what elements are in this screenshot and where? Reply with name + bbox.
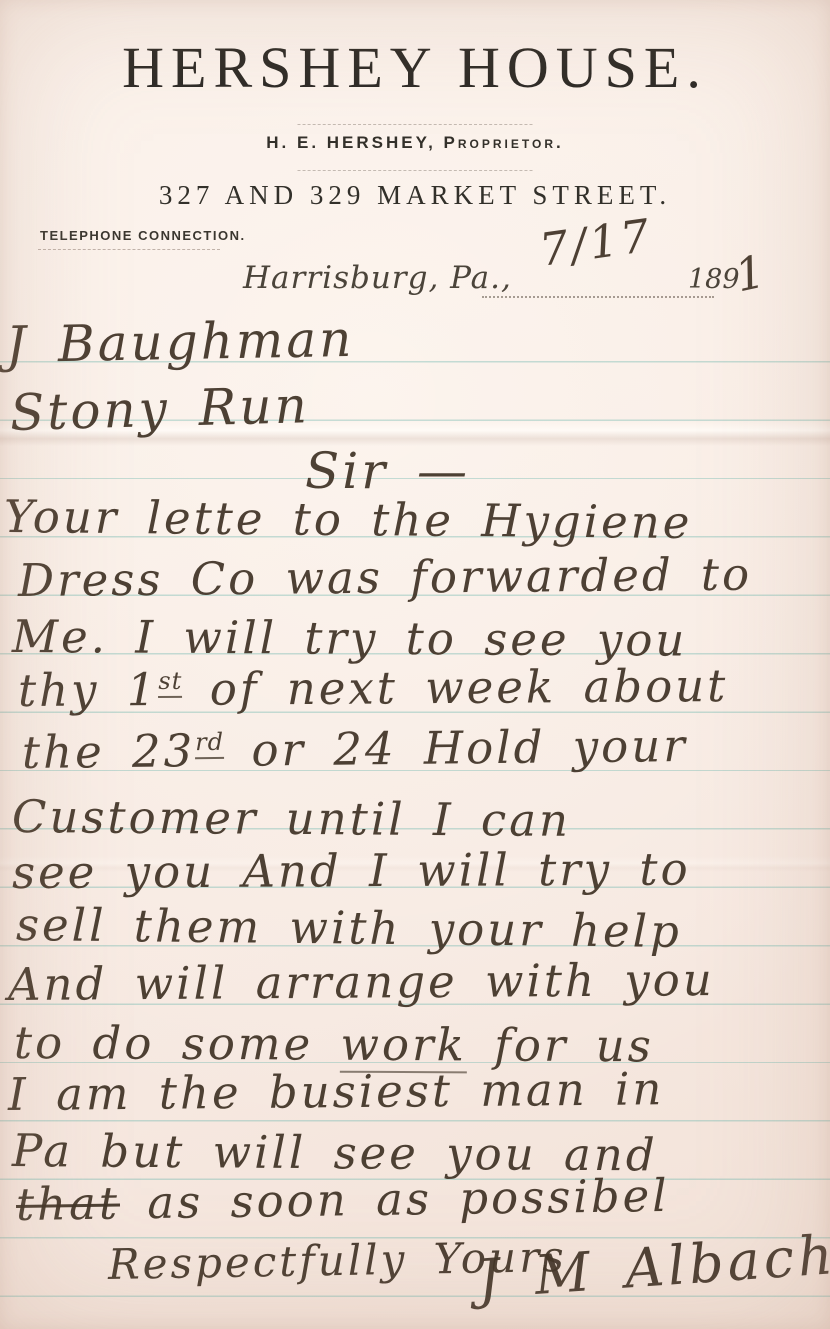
- body-line: Customer until I can: [12, 790, 571, 847]
- body-line: sell them with your help: [16, 898, 682, 958]
- letterhead-divider-top: [298, 124, 533, 125]
- body-line: Me. I will try to see you: [12, 610, 688, 667]
- body-line: And will arrange with you: [8, 953, 715, 1011]
- body-line-text: thy 1: [18, 663, 159, 717]
- letter-paper: HERSHEY HOUSE. H. E. HERSHEY, Proprietor…: [0, 0, 830, 1329]
- dateline-year-printed: 189: [688, 264, 740, 295]
- body-line-text: to do some: [14, 1016, 341, 1071]
- telephone-note: TELEPHONE CONNECTION.: [40, 228, 246, 243]
- handwritten-date: 7/17: [536, 209, 655, 277]
- struck-through-word: that: [16, 1177, 121, 1231]
- body-line: Your lette to the Hygiene: [4, 490, 693, 549]
- addressee-line: J Baughman: [5, 310, 354, 374]
- body-line: see you And I will try to: [12, 842, 691, 899]
- body-line: that as soon as possibel: [16, 1169, 670, 1231]
- body-line: Dress Co was forwarded to: [18, 548, 753, 607]
- street-address-line: 327 AND 329 MARKET STREET.: [0, 180, 830, 211]
- telephone-note-underline: [38, 249, 220, 250]
- body-line-text: of next week about: [182, 659, 728, 716]
- body-line: I am the busiest man in: [8, 1062, 665, 1121]
- letterhead-title: HERSHEY HOUSE.: [0, 34, 830, 101]
- proprietor-line: H. E. HERSHEY, Proprietor.: [0, 133, 830, 153]
- addressee-place-line: Stony Run: [9, 376, 310, 442]
- body-line: thy 1st of next week about: [18, 659, 729, 717]
- letterhead-divider-bottom: [298, 170, 533, 171]
- dateline-dotted-leader: [482, 272, 714, 298]
- ordinal-superscript: st: [158, 667, 182, 698]
- ordinal-superscript: rd: [195, 728, 224, 759]
- body-line-text: as soon as possibel: [120, 1169, 670, 1230]
- salutation: Sir —: [305, 442, 470, 500]
- body-line-text: or 24 Hold your: [224, 719, 688, 777]
- body-line-text: the 23: [22, 724, 196, 779]
- body-line: the 23rd or 24 Hold your: [22, 719, 688, 779]
- dateline-place-printed: Harrisburg, Pa.,: [243, 260, 512, 296]
